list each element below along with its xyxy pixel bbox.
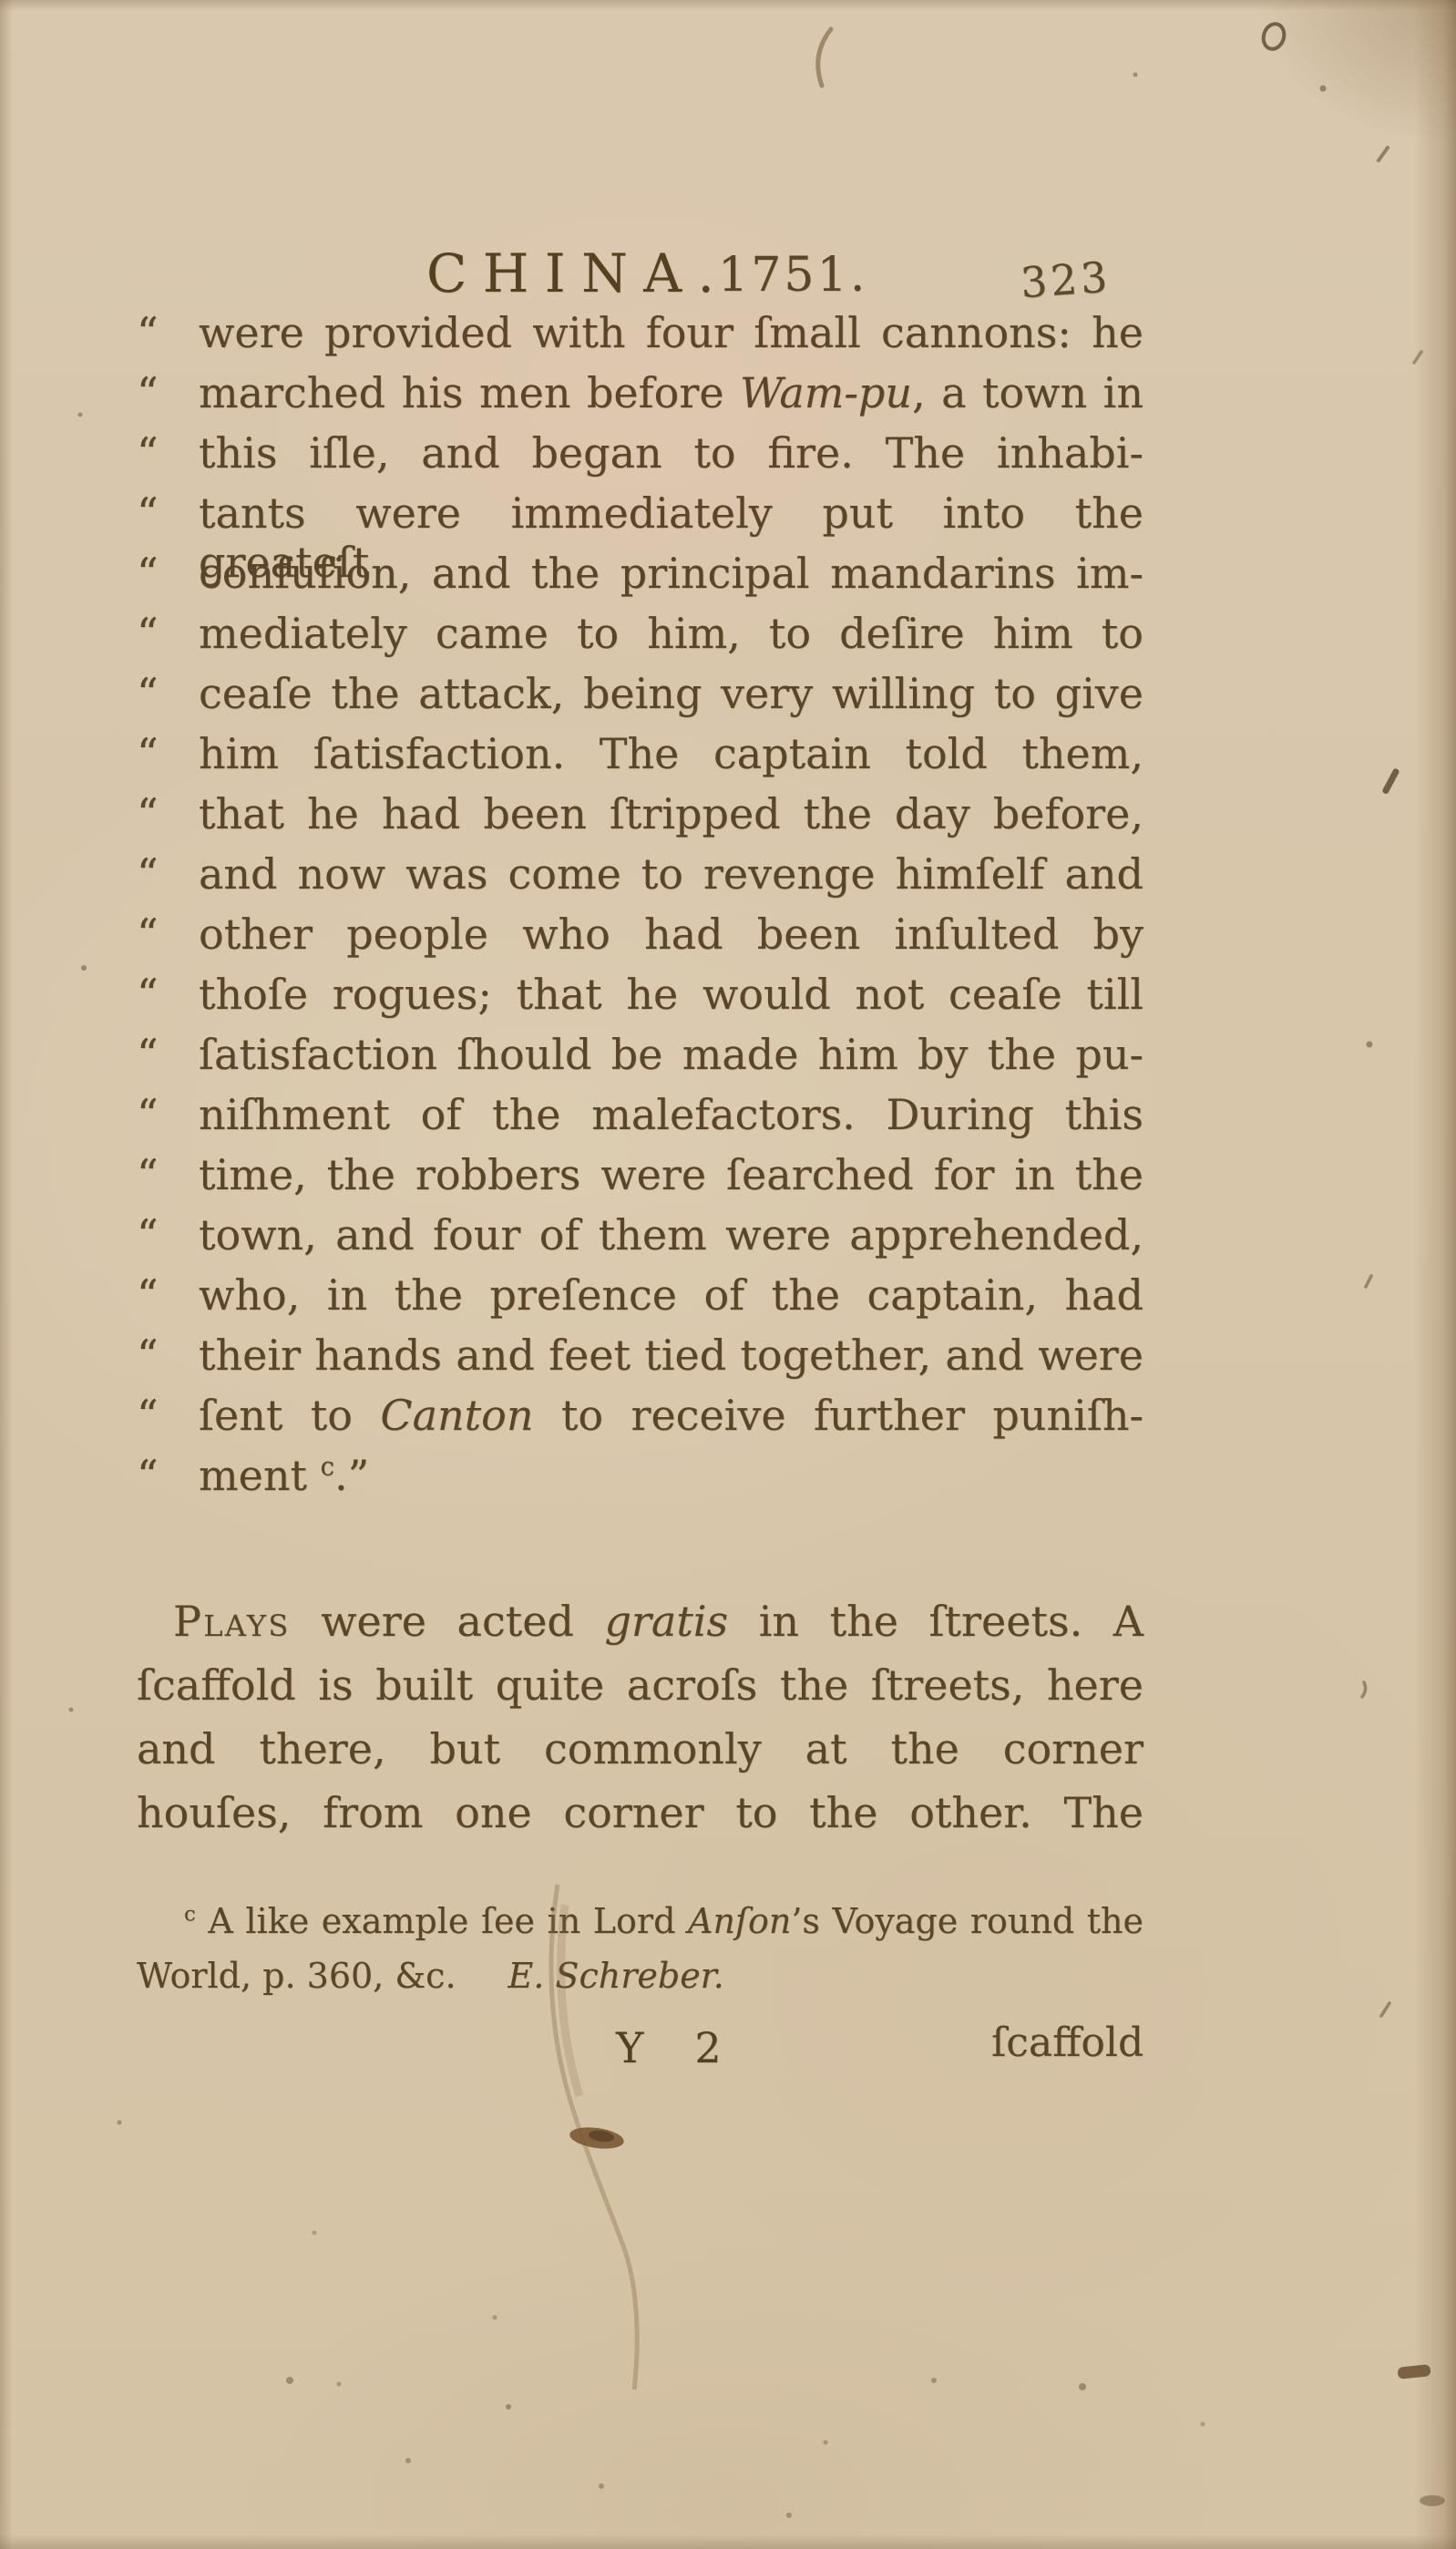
quoted-line: “were provided with four ſmall cannons: … bbox=[137, 308, 1143, 368]
line-text: other people who had been inſulted by bbox=[199, 910, 1143, 959]
paragraph-line: and there, but commonly at the corner bbox=[137, 1724, 1143, 1788]
paragraph-line: Plays were acted gratis in the ſtreets. … bbox=[137, 1597, 1143, 1660]
quote-mark: “ bbox=[137, 1150, 199, 1199]
quoted-line: “marched his men before Wam-pu, a town i… bbox=[137, 368, 1143, 428]
quote-mark: “ bbox=[137, 1391, 199, 1440]
quote-mark: “ bbox=[137, 368, 199, 417]
quote-mark: “ bbox=[137, 1030, 199, 1079]
quoted-line: “and now was come to revenge himſelf and bbox=[137, 849, 1143, 910]
running-header-title: CHINA. bbox=[426, 242, 730, 304]
quote-mark: “ bbox=[137, 428, 199, 478]
line-text: World, p. 360, &c. E. Schreber. bbox=[137, 1956, 1143, 1996]
line-text: this iſle, and began to fire. The inhabi… bbox=[199, 428, 1143, 478]
quoted-line: “time, the robbers were ſearched for in … bbox=[137, 1150, 1143, 1210]
line-text: town, and four of them were apprehended, bbox=[199, 1210, 1143, 1259]
line-text: houſes, from one corner to the other. Th… bbox=[137, 1788, 1143, 1837]
quoted-line: “who, in the preſence of the captain, ha… bbox=[137, 1270, 1143, 1331]
line-text: niſhment of the malefactors. During this bbox=[199, 1090, 1143, 1139]
quoted-line: “confuſion, and the principal mandarins … bbox=[137, 549, 1143, 609]
line-text: Plays were acted gratis in the ſtreets. … bbox=[137, 1597, 1143, 1646]
footnote-line: World, p. 360, &c. E. Schreber. bbox=[137, 1956, 1143, 2010]
quoted-line: “ſatisfaction ſhould be made him by the … bbox=[137, 1030, 1143, 1090]
quoted-line: “this iſle, and began to fire. The inhab… bbox=[137, 428, 1143, 488]
quote-mark: “ bbox=[137, 488, 199, 538]
quoted-line: “tants were immediately put into the gre… bbox=[137, 488, 1143, 549]
line-text: him ſatisfaction. The captain told them, bbox=[199, 729, 1143, 778]
line-text: that he had been ſtripped the day before… bbox=[199, 789, 1143, 838]
footnote-line: c A like example ſee in Lord Anſon’s Voy… bbox=[137, 1901, 1143, 1956]
line-text: ſent to Canton to receive further puniſh… bbox=[199, 1391, 1143, 1440]
quote-mark: “ bbox=[137, 910, 199, 959]
quote-mark: “ bbox=[137, 669, 199, 718]
page-top-edge-shadow bbox=[0, 0, 1456, 11]
line-text: c A like example ſee in Lord Anſon’s Voy… bbox=[137, 1901, 1143, 1941]
page-right-edge-shadow bbox=[1414, 0, 1456, 2549]
line-text: time, the robbers were ſearched for in t… bbox=[199, 1150, 1143, 1199]
quote-mark: “ bbox=[137, 789, 199, 838]
page-bottom-edge-shadow bbox=[0, 2534, 1456, 2549]
quote-mark: “ bbox=[137, 1090, 199, 1139]
quoted-line: “other people who had been inſulted by bbox=[137, 910, 1143, 970]
quoted-line: “ceaſe the attack, being very willing to… bbox=[137, 669, 1143, 729]
line-text: ſatisfaction ſhould be made him by the p… bbox=[199, 1030, 1143, 1079]
quoted-line: “their hands and feet tied together, and… bbox=[137, 1331, 1143, 1391]
quoted-passage: “were provided with four ſmall cannons: … bbox=[137, 308, 1143, 1511]
quote-mark: “ bbox=[137, 1210, 199, 1259]
page-number: 323 bbox=[1019, 252, 1112, 308]
quoted-line: “that he had been ſtripped the day befor… bbox=[137, 789, 1143, 849]
quote-mark: “ bbox=[137, 1451, 199, 1500]
line-text: ſcaffold is built quite acroſs the ſtree… bbox=[137, 1660, 1143, 1710]
line-text: who, in the preſence of the captain, had bbox=[199, 1270, 1143, 1320]
quoted-line: “ment c.” bbox=[137, 1451, 1143, 1511]
line-text: their hands and feet tied together, and … bbox=[199, 1331, 1143, 1380]
quoted-line: “town, and four of them were apprehended… bbox=[137, 1210, 1143, 1270]
catchword: ſcaffold bbox=[991, 2020, 1143, 2066]
quoted-line: “niſhment of the malefactors. During thi… bbox=[137, 1090, 1143, 1150]
signature-mark: Y 2 bbox=[616, 2023, 740, 2072]
footnote: c A like example ſee in Lord Anſon’s Voy… bbox=[137, 1901, 1143, 2010]
line-text: thoſe rogues; that he would not ceaſe ti… bbox=[199, 970, 1143, 1019]
line-text: and now was come to revenge himſelf and bbox=[199, 849, 1143, 899]
quote-mark: “ bbox=[137, 970, 199, 1019]
running-header-year: 1751. bbox=[718, 248, 867, 303]
quote-mark: “ bbox=[137, 549, 199, 598]
quoted-line: “mediately came to him, to deſire him to bbox=[137, 609, 1143, 669]
quote-mark: “ bbox=[137, 609, 199, 658]
line-text: were provided with four ſmall cannons: h… bbox=[199, 308, 1143, 357]
quoted-line: “ſent to Canton to receive further puniſ… bbox=[137, 1391, 1143, 1451]
line-text: ment c.” bbox=[199, 1451, 1143, 1500]
quote-mark: “ bbox=[137, 1270, 199, 1320]
line-text: and there, but commonly at the corner bbox=[137, 1724, 1143, 1773]
body-paragraph-plays: Plays were acted gratis in the ſtreets. … bbox=[137, 1597, 1143, 1852]
line-text: marched his men before Wam-pu, a town in bbox=[199, 368, 1143, 417]
page-left-edge-shadow bbox=[0, 0, 13, 2549]
line-text: ceaſe the attack, being very willing to … bbox=[199, 669, 1143, 718]
quoted-line: “thoſe rogues; that he would not ceaſe t… bbox=[137, 970, 1143, 1030]
book-page-scan: CHINA. 1751. 323 “were provided with fou… bbox=[0, 0, 1456, 2549]
quote-mark: “ bbox=[137, 849, 199, 899]
quote-mark: “ bbox=[137, 308, 199, 357]
quoted-line: “him ſatisfaction. The captain told them… bbox=[137, 729, 1143, 789]
paragraph-line: ſcaffold is built quite acroſs the ſtree… bbox=[137, 1660, 1143, 1724]
quote-mark: “ bbox=[137, 1331, 199, 1380]
line-text: mediately came to him, to deſire him to bbox=[199, 609, 1143, 658]
quote-mark: “ bbox=[137, 729, 199, 778]
line-text: confuſion, and the principal mandarins i… bbox=[199, 549, 1143, 598]
paragraph-line: houſes, from one corner to the other. Th… bbox=[137, 1788, 1143, 1852]
